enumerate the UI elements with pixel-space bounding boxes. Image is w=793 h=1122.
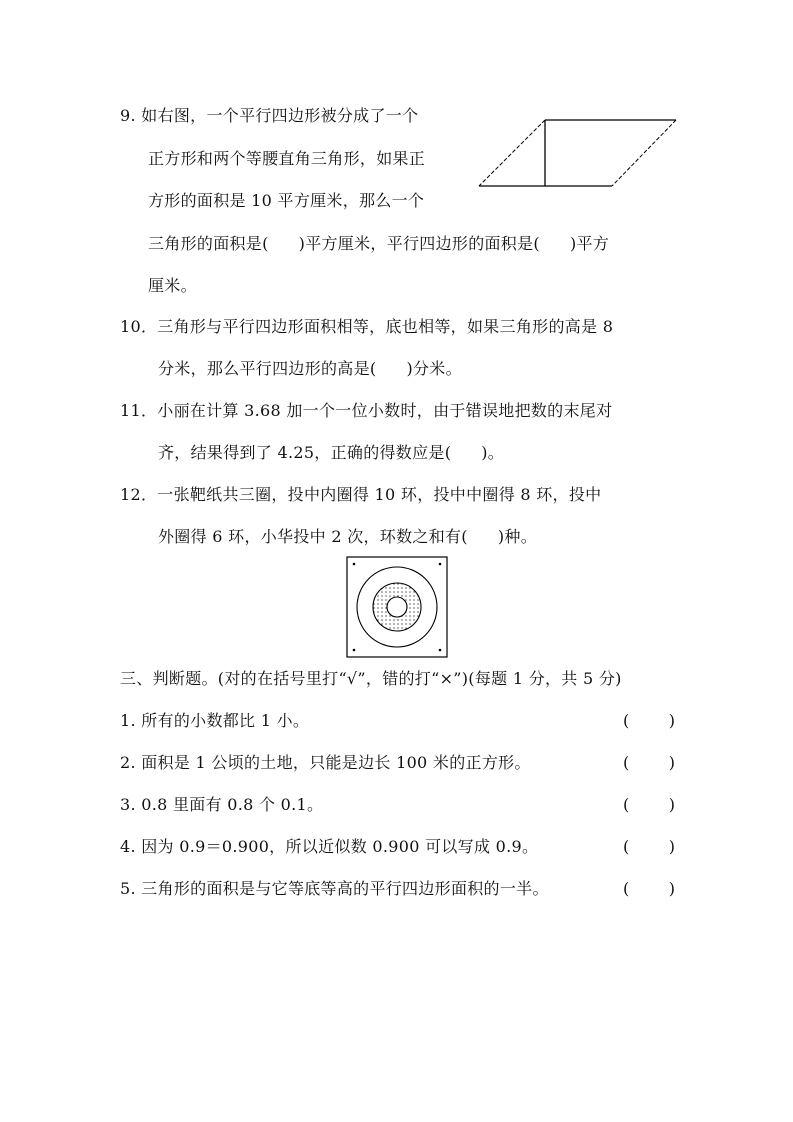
judge-item-3: 3. 0.8 里面有 0.8 个 0.1。 xyxy=(120,795,323,815)
q10-line2: 分米，那么平行四边形的高是()分米。 xyxy=(158,359,462,379)
q10-line1: 10．三角形与平行四边形面积相等，底也相等，如果三角形的高是 8 xyxy=(120,317,613,337)
judge-item-4: 4. 因为 0.9＝0.900，所以近似数 0.900 可以写成 0.9。 xyxy=(120,837,538,857)
section3-title: 三、判断题。(对的在括号里打“√”，错的打“×”)(每题 1 分，共 5 分) xyxy=(120,669,622,689)
judge-item-1: 1. 所有的小数都比 1 小。 xyxy=(120,711,309,731)
target-figure xyxy=(345,555,449,659)
q9-line2: 正方形和两个等腰直角三角形，如果正 xyxy=(148,149,425,169)
q9-number: 9. xyxy=(120,106,136,125)
judge-item-2: 2. 面积是 1 公顷的土地，只能是边长 100 米的正方形。 xyxy=(120,753,531,773)
judge-item-5: 5. 三角形的面积是与它等底等高的平行四边形面积的一半。 xyxy=(120,879,549,899)
q11-line1: 11．小丽在计算 3.68 加一个一位小数时，由于错误地把数的末尾对 xyxy=(120,401,612,421)
q9-text-1: 如右图，一个平行四边形被分成了一个 xyxy=(141,106,418,125)
judge-answer-2[interactable]: () xyxy=(623,753,675,773)
q12-line1: 12．一张靶纸共三圈，投中内圈得 10 环，投中中圈得 8 环，投中 xyxy=(120,485,601,505)
judge-answer-4[interactable]: () xyxy=(623,837,675,857)
q9-line5: 厘米。 xyxy=(148,276,197,296)
q12-line2: 外圈得 6 环，小华投中 2 次，环数之和有()种。 xyxy=(158,527,537,547)
q9-line4: 三角形的面积是()平方厘米，平行四边形的面积是()平方 xyxy=(148,234,609,254)
judge-answer-5[interactable]: () xyxy=(623,879,675,899)
judge-answer-3[interactable]: () xyxy=(623,795,675,815)
q11-line2: 齐，结果得到了 4.25，正确的得数应是()。 xyxy=(158,443,504,463)
q9-line1: 9. 如右图，一个平行四边形被分成了一个 xyxy=(120,106,418,126)
q9-line3: 方形的面积是 10 平方厘米，那么一个 xyxy=(148,191,424,211)
parallelogram-figure xyxy=(470,112,690,192)
judge-answer-1[interactable]: () xyxy=(623,711,675,731)
